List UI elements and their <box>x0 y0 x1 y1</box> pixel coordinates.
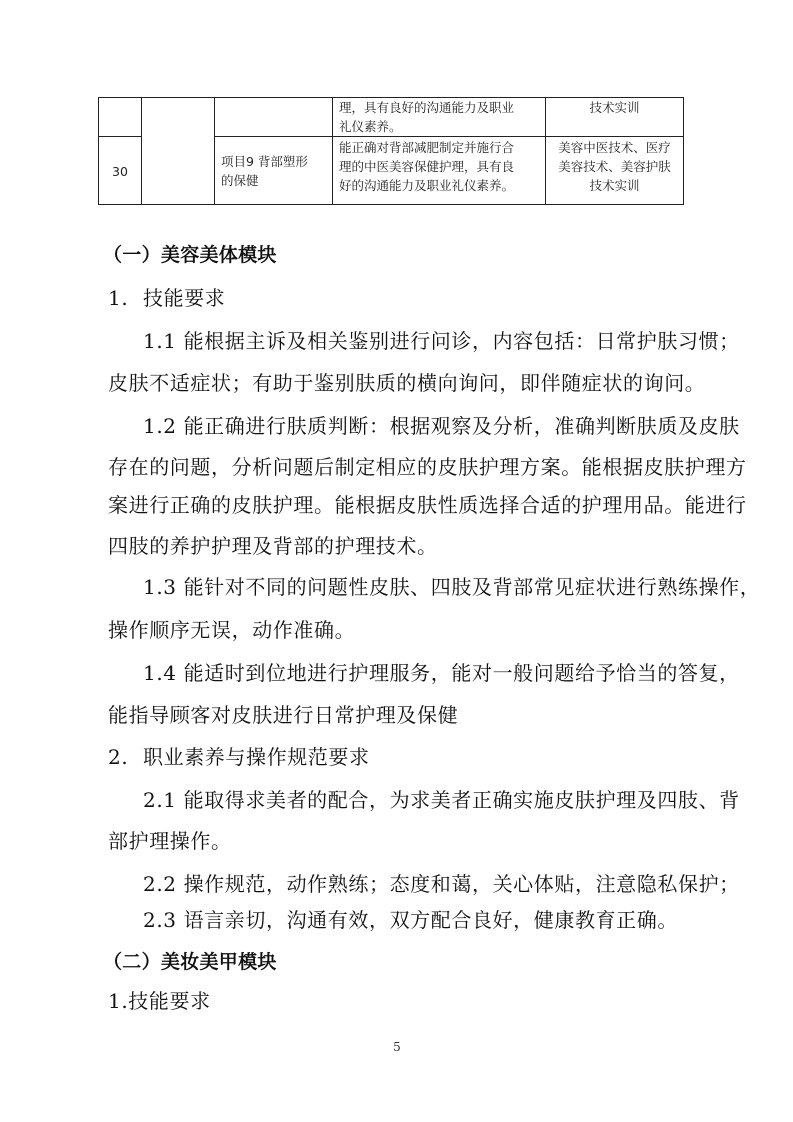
table-cell-requirement: 能正确对背部减肥制定并施行合 理的中医美容保健护理，具有良 好的沟通能力及职业礼… <box>333 137 546 205</box>
cell-line: 项目9 背部塑形 <box>221 152 326 171</box>
cell-line: 能正确对背部减肥制定并施行合 <box>339 138 539 157</box>
table-cell-project <box>215 98 333 137</box>
paragraph-line: 存在的问题，分析问题后制定相应的皮肤护理方案。能根据皮肤护理方 <box>108 455 688 479</box>
cell-line: 好的沟通能力及职业礼仪素养。 <box>339 176 539 195</box>
page-number: 5 <box>391 1040 403 1054</box>
paragraph-line: 操作顺序无误，动作准确。 <box>108 618 688 642</box>
paragraph-line: 部护理操作。 <box>108 829 688 853</box>
paragraph-line: 2.3 语言亲切，沟通有效，双方配合良好，健康教育正确。 <box>143 908 723 932</box>
cell-line: 理的中医美容保健护理，具有良 <box>339 157 539 176</box>
cell-line: 美容中医技术、医疗 <box>552 138 677 157</box>
paragraph-line: 1.4 能适时到位地进行护理服务，能对一般问题给予恰当的答复， <box>143 661 723 685</box>
table-cell-module <box>142 98 215 205</box>
cell-line: 礼仪素养。 <box>339 117 539 136</box>
list-number: 1. <box>108 286 143 310</box>
list-title: 职业素养与操作规范要求 <box>143 745 370 769</box>
paragraph-line: 2.1 能取得求美者的配合，为求美者正确实施皮肤护理及四肢、背 <box>143 788 723 812</box>
curriculum-table: 理，具有良好的沟通能力及职业 礼仪素养。 技术实训 30 项目9 背部塑形 的保… <box>98 97 684 205</box>
list-number: 2. <box>108 745 143 769</box>
table-cell-no: 30 <box>99 137 142 205</box>
table-cell-courses: 美容中医技术、医疗 美容技术、美容护肤 技术实训 <box>546 137 684 205</box>
paragraph-line: 案进行正确的皮肤护理。能根据皮肤性质选择合适的护理用品。能进行 <box>108 493 688 517</box>
table-cell-no <box>99 98 142 137</box>
list-item-title: 2.职业素养与操作规范要求 <box>108 745 688 769</box>
document-page: 理，具有良好的沟通能力及职业 礼仪素养。 技术实训 30 项目9 背部塑形 的保… <box>0 0 793 1122</box>
paragraph-line: 皮肤不适症状；有助于鉴别肤质的横向询问，即伴随症状的询问。 <box>108 371 688 395</box>
cell-line: 的保健 <box>221 171 326 190</box>
list-title: 技能要求 <box>143 286 225 310</box>
table-row: 理，具有良好的沟通能力及职业 礼仪素养。 技术实训 <box>99 98 684 137</box>
paragraph-line: 2.2 操作规范，动作熟练；态度和蔼，关心体贴，注意隐私保护； <box>143 872 723 896</box>
list-item-title: 1.技能要求 <box>108 286 688 310</box>
cell-line: 美容技术、美容护肤 <box>552 157 677 176</box>
section-heading: （二）美妆美甲模块 <box>103 950 683 974</box>
paragraph-line: 1.1 能根据主诉及相关鉴别进行问诊，内容包括：日常护肤习惯； <box>143 329 723 353</box>
list-item-title: 1.技能要求 <box>108 989 688 1013</box>
paragraph-line: 四肢的养护护理及背部的护理技术。 <box>108 534 688 558</box>
section-heading: （一）美容美体模块 <box>103 243 683 267</box>
paragraph-line: 1.2 能正确进行肤质判断：根据观察及分析，准确判断肤质及皮肤 <box>143 414 723 438</box>
cell-line: 理，具有良好的沟通能力及职业 <box>339 98 539 117</box>
paragraph-line: 1.3 能针对不同的问题性皮肤、四肢及背部常见症状进行熟练操作， <box>143 575 723 599</box>
table-cell-courses: 技术实训 <box>546 98 684 137</box>
cell-line: 技术实训 <box>552 176 677 195</box>
paragraph-line: 能指导顾客对皮肤进行日常护理及保健 <box>108 703 688 727</box>
table-cell-project: 项目9 背部塑形 的保健 <box>215 137 333 205</box>
cell-line: 技术实训 <box>552 98 677 117</box>
table-cell-requirement: 理，具有良好的沟通能力及职业 礼仪素养。 <box>333 98 546 137</box>
